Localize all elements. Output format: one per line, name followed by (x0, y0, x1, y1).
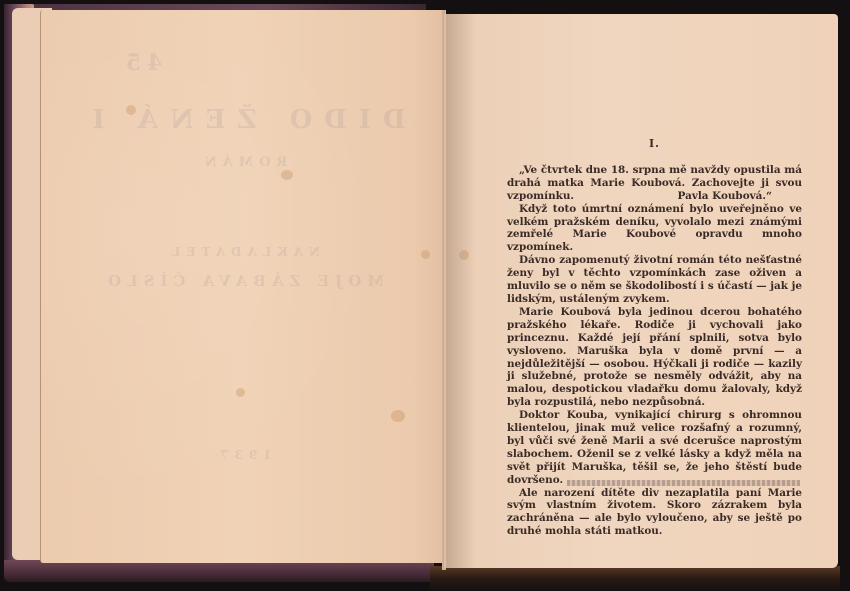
foxing-stain (391, 410, 405, 422)
paragraph: Doktor Kouba, vynikající chirurg s ohrom… (507, 409, 802, 486)
paragraph: Marie Koubová byla jedinou dcerou bohaté… (507, 306, 802, 409)
paragraph: Dávno zapomenutý životní román této nešť… (507, 254, 802, 306)
page-text: I. „Ve čtvrtek dne 18. srpna mě navždy o… (507, 138, 802, 538)
paragraph: Když toto úmrtní oznámení bylo uveřejněn… (507, 203, 802, 255)
ghost-mark: 45 (111, 50, 171, 76)
paragraph: Ale narození dítěte div nezaplatila paní… (507, 487, 802, 539)
ghost-year: 1937 (41, 448, 445, 462)
foxing-stain (126, 105, 136, 115)
spine-shadow (446, 14, 476, 568)
bottom-shadow (430, 566, 840, 591)
book-cover-bottom-edge (4, 560, 434, 582)
foxing-stain (281, 170, 293, 180)
left-page: 45 DIDO ŽENÁ I ROMÁN NAKLADATEL MOJE ZÁB… (40, 10, 445, 563)
ink-smudge (567, 480, 800, 486)
ghost-series-line: MOJE ZÁBAVA ČÍSLO (41, 272, 445, 290)
chapter-heading: I. (507, 138, 802, 151)
ghost-title: DIDO ŽENÁ I (41, 105, 445, 135)
ghost-publisher-line: NAKLADATEL (41, 245, 445, 259)
foxing-stain (421, 250, 430, 259)
foxing-stain (236, 388, 245, 397)
ghost-subtitle: ROMÁN (41, 155, 445, 170)
